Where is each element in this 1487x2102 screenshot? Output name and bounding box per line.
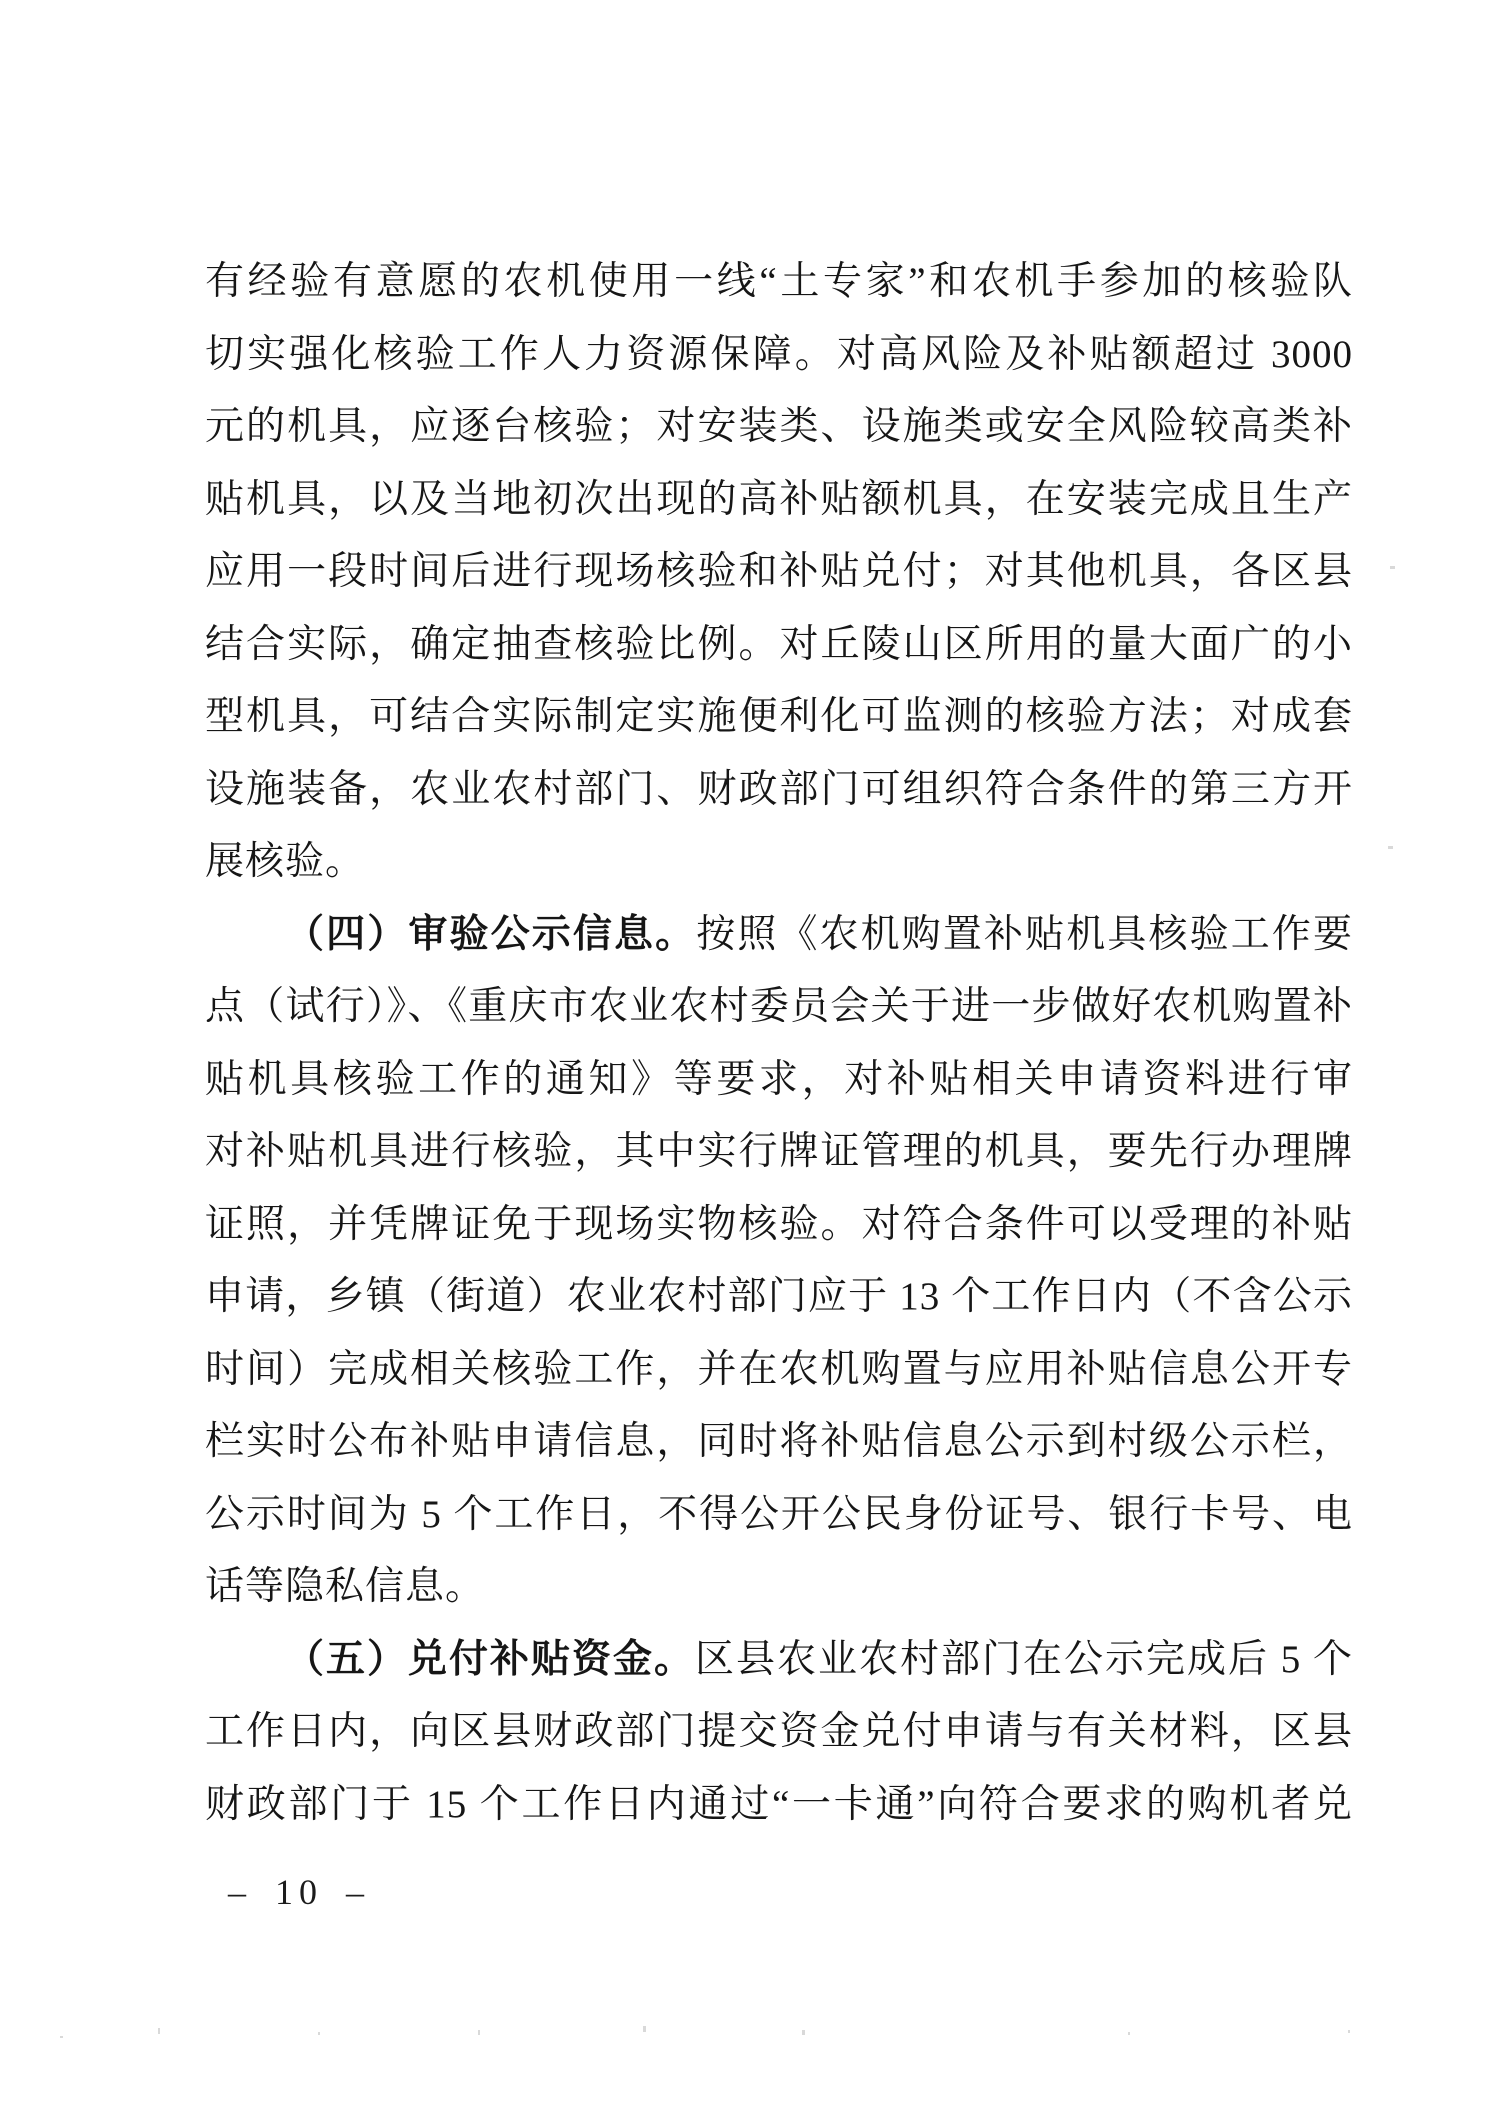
- text-line: 贴机具核验工作的通知》等要求，对补贴相关申请资料进行审核，: [205, 1044, 1353, 1117]
- text-line: 展核验。: [205, 826, 1353, 899]
- text-line: 证照，并凭牌证免于现场实物核验。对符合条件可以受理的补贴: [205, 1189, 1353, 1262]
- text-run: 有经验有意愿的农机使用一线“土专家”和农机手参加的核验队伍，: [205, 260, 1353, 319]
- text-line: 切实强化核验工作人力资源保障。对高风险及补贴额超过 3000: [205, 319, 1353, 392]
- scan-speck: [802, 2030, 805, 2035]
- text-line: 对补贴机具进行核验，其中实行牌证管理的机具，要先行办理牌: [205, 1116, 1353, 1189]
- text-run: 工作日内，向区县财政部门提交资金兑付申请与有关材料，区县: [205, 1710, 1353, 1753]
- scan-speck: [643, 2026, 646, 2032]
- text-line: 栏实时公布补贴申请信息，同时将补贴信息公示到村级公示栏，: [205, 1406, 1353, 1479]
- text-line: 公示时间为 5 个工作日，不得公开公民身份证号、银行卡号、电: [205, 1479, 1353, 1552]
- text-run: 栏实时公布补贴申请信息，同时将补贴信息公示到村级公示栏，: [205, 1420, 1353, 1463]
- text-line: （五）兑付补贴资金。区县农业农村部门在公示完成后 5 个: [205, 1624, 1353, 1697]
- text-run: 申请，乡镇（街道）农业农村部门应于 13 个工作日内（不含公示: [205, 1275, 1353, 1318]
- scan-speck: [478, 2030, 480, 2035]
- scan-speck: [318, 2032, 320, 2035]
- text-run: 时间）完成相关核验工作，并在农机购置与应用补贴信息公开专: [205, 1348, 1353, 1391]
- text-line: 申请，乡镇（街道）农业农村部门应于 13 个工作日内（不含公示: [205, 1261, 1353, 1334]
- text-line: 工作日内，向区县财政部门提交资金兑付申请与有关材料，区县: [205, 1696, 1353, 1769]
- text-line: （四）审验公示信息。按照《农机购置补贴机具核验工作要: [205, 899, 1353, 972]
- text-run: 应用一段时间后进行现场核验和补贴兑付；对其他机具，各区县: [205, 550, 1353, 593]
- text-line: 有经验有意愿的农机使用一线“土专家”和农机手参加的核验队伍，: [205, 246, 1353, 319]
- text-line: 贴机具，以及当地初次出现的高补贴额机具，在安装完成且生产: [205, 464, 1353, 537]
- text-run: 结合实际，确定抽查核验比例。对丘陵山区所用的量大面广的小: [205, 623, 1353, 666]
- text-line: 应用一段时间后进行现场核验和补贴兑付；对其他机具，各区县: [205, 536, 1353, 609]
- text-run: 证照，并凭牌证免于现场实物核验。对符合条件可以受理的补贴: [205, 1203, 1353, 1246]
- text-line: 时间）完成相关核验工作，并在农机购置与应用补贴信息公开专: [205, 1334, 1353, 1407]
- text-run: 展核验。: [205, 840, 365, 883]
- scan-speck: [1128, 2032, 1130, 2035]
- text-run: 贴机具核验工作的通知》等要求，对补贴相关申请资料进行审核，: [205, 1058, 1353, 1117]
- text-run: 话等隐私信息。: [205, 1565, 485, 1608]
- text-line: 元的机具，应逐台核验；对安装类、设施类或安全风险较高类补: [205, 391, 1353, 464]
- text-run: 型机具，可结合实际制定实施便利化可监测的核验方法；对成套: [205, 695, 1353, 738]
- paragraph-heading: （四）审验公示信息。: [285, 913, 696, 956]
- text-line: 型机具，可结合实际制定实施便利化可监测的核验方法；对成套: [205, 681, 1353, 754]
- text-line: 结合实际，确定抽查核验比例。对丘陵山区所用的量大面广的小: [205, 609, 1353, 682]
- text-line: 设施装备，农业农村部门、财政部门可组织符合条件的第三方开: [205, 754, 1353, 827]
- text-line: 话等隐私信息。: [205, 1551, 1353, 1624]
- text-run: 公示时间为 5 个工作日，不得公开公民身份证号、银行卡号、电: [205, 1493, 1353, 1536]
- paragraph-heading: （五）兑付补贴资金。: [285, 1638, 695, 1681]
- text-run: 区县农业农村部门在公示完成后 5 个: [695, 1638, 1353, 1681]
- scan-speck: [158, 2028, 160, 2034]
- text-line: 财政部门于 15 个工作日内通过“一卡通”向符合要求的购机者兑: [205, 1769, 1353, 1842]
- scan-speck: [1348, 2030, 1350, 2033]
- text-line: 点（试行）》、《重庆市农业农村委员会关于进一步做好农机购置补: [205, 971, 1353, 1044]
- scan-speck: [1390, 566, 1395, 569]
- text-run: 元的机具，应逐台核验；对安装类、设施类或安全风险较高类补: [205, 405, 1353, 448]
- scan-speck: [60, 2036, 63, 2038]
- text-run: 对补贴机具进行核验，其中实行牌证管理的机具，要先行办理牌: [205, 1130, 1353, 1173]
- document-body: 有经验有意愿的农机使用一线“土专家”和农机手参加的核验队伍，切实强化核验工作人力…: [205, 246, 1353, 1841]
- text-run: 切实强化核验工作人力资源保障。对高风险及补贴额超过 3000: [205, 333, 1353, 376]
- page-number: – 10 –: [228, 1862, 370, 1922]
- document-page: 有经验有意愿的农机使用一线“土专家”和农机手参加的核验队伍，切实强化核验工作人力…: [0, 0, 1487, 2102]
- text-run: 设施装备，农业农村部门、财政部门可组织符合条件的第三方开: [205, 768, 1353, 811]
- text-run: 贴机具，以及当地初次出现的高补贴额机具，在安装完成且生产: [205, 478, 1353, 521]
- text-run: 财政部门于 15 个工作日内通过“一卡通”向符合要求的购机者兑: [205, 1783, 1353, 1826]
- text-run: 点（试行）》、《重庆市农业农村委员会关于进一步做好农机购置补: [205, 985, 1353, 1028]
- text-run: 按照《农机购置补贴机具核验工作要: [696, 913, 1353, 956]
- scan-speck: [1388, 846, 1393, 849]
